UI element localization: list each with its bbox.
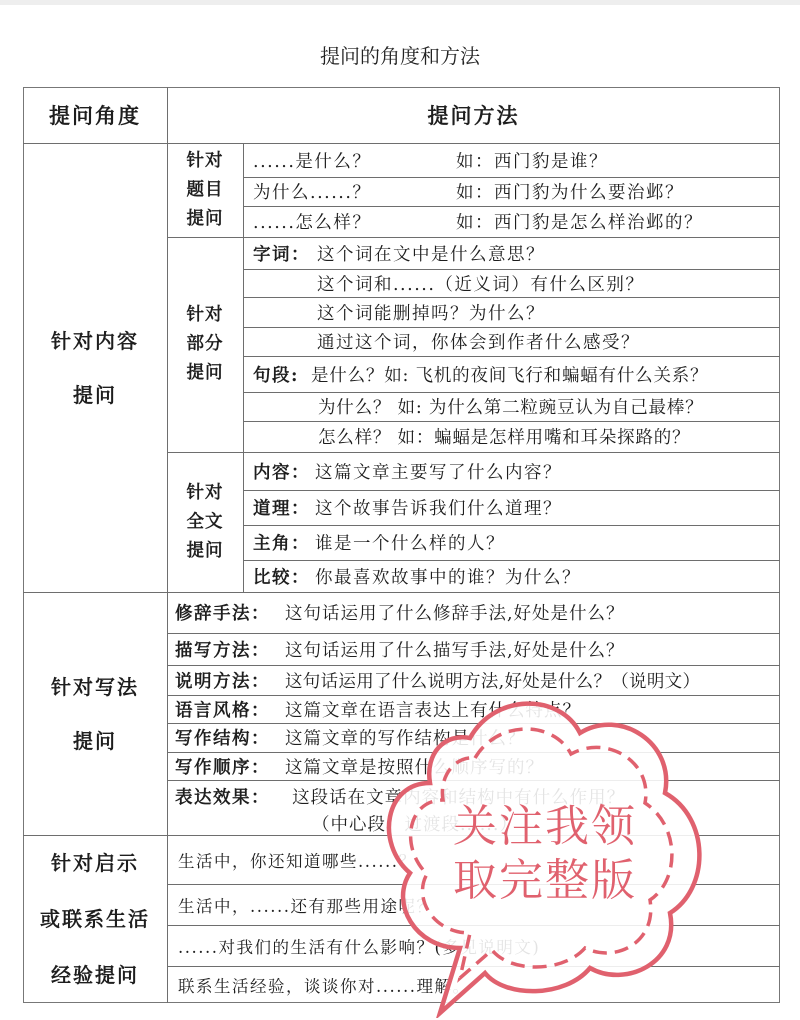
example-text: 如：西门豹是怎么样治邺的？ — [456, 209, 703, 234]
question-text: ......是什么？ — [253, 148, 456, 173]
whole-row: 道理： 这个故事告诉我们什么道理？ — [253, 490, 773, 525]
word-row: 这个词和......（近义词）有什么区别？ — [317, 269, 777, 297]
page-title: 提问的角度和方法 — [0, 40, 800, 69]
life-row: 联系生活经验，谈谈你对......理解。 — [178, 966, 773, 1003]
life-row: ......对我们的生活有什么影响？(多见说明文) — [178, 925, 773, 966]
question-text: 这句话运用了什么修辞手法,好处是什么？ — [285, 600, 625, 625]
question-text: 谁是一个什么样的人？ — [315, 530, 505, 555]
category-life: 针对启示 或联系生活 经验提问 — [23, 835, 167, 1003]
row-label: 描写方法： — [175, 637, 285, 662]
watermark-line: 取完整版 — [445, 854, 645, 908]
question-text: 怎么样？ 如：蝙蝠是怎样用嘴和耳朵探路的？ — [318, 424, 690, 449]
question-text: 这篇文章在语言表达上有什么特点？ — [285, 697, 581, 722]
whole-row: 内容： 这篇文章主要写了什么内容？ — [253, 452, 773, 490]
example-text: 如：西门豹是谁？ — [456, 148, 608, 173]
question-text: 这个故事告诉我们什么道理？ — [315, 495, 562, 520]
sentence-row: 句段: 是什么？如: 飞机的夜间飞行和蝙蝠有什么关系？ — [253, 356, 778, 392]
sentence-label: 句段: — [253, 362, 311, 387]
example-text: 如：西门豹为什么要治邺？ — [456, 179, 684, 204]
row-label: 语言风格： — [175, 697, 285, 722]
category-line: 提问 — [51, 714, 139, 768]
question-text: 这篇文章是按照什么顺序写的？ — [285, 754, 544, 779]
question-text: 你最喜欢故事中的谁？为什么？ — [315, 564, 581, 589]
title-row: ......怎么样？ 如：西门豹是怎么样治邺的？ — [253, 206, 773, 237]
writing-row: 描写方法： 这句话运用了什么描写手法,好处是什么？ — [175, 633, 775, 665]
title-row: ......是什么？ 如：西门豹是谁？ — [253, 143, 773, 177]
subgroup-line: 全文 — [187, 508, 224, 537]
question-text: 联系生活经验，谈谈你对......理解。 — [178, 973, 470, 997]
row-label: 说明方法： — [175, 668, 285, 693]
category-line: 针对写法 — [51, 660, 139, 714]
question-text: 这个词在文中是什么意思？ — [317, 241, 545, 266]
question-text: 生活中，......还有那些用途呢？ — [178, 893, 434, 917]
question-text: 这个词和......（近义词）有什么区别？ — [317, 271, 644, 296]
question-text: 这个词能删掉吗？为什么？ — [317, 300, 545, 325]
word-row: 通过这个词，你体会到作者什么感受？ — [317, 327, 777, 356]
row-label: 写作结构： — [175, 725, 285, 750]
question-text: 这篇文章主要写了什么内容？ — [315, 459, 562, 484]
question-text: 是什么？如: 飞机的夜间飞行和蝙蝠有什么关系？ — [311, 362, 708, 387]
whole-row: 主角： 谁是一个什么样的人？ — [253, 525, 773, 560]
header-method: 提问方法 — [167, 87, 780, 143]
row-label: 修辞手法： — [175, 600, 285, 625]
row-label: 道理： — [253, 495, 315, 520]
subgroup-line: 题目 — [187, 176, 224, 205]
question-text: ......对我们的生活有什么影响？(多见说明文) — [178, 934, 540, 958]
category-line: 针对启示 — [40, 835, 150, 891]
subgroup-whole: 针对 全文 提问 — [167, 452, 243, 592]
row-label: 主角： — [253, 530, 315, 555]
watermark-line: 关注我领 — [445, 800, 645, 854]
header-angle: 提问角度 — [23, 87, 167, 143]
question-text: 为什么......？ — [253, 179, 456, 204]
row-label: 写作顺序： — [175, 754, 285, 779]
word-row: 这个词能删掉吗？为什么？ — [317, 297, 777, 327]
subgroup-line: 提问 — [187, 537, 224, 566]
word-row: 字词： 这个词在文中是什么意思？ — [253, 237, 773, 269]
writing-row: 写作顺序： 这篇文章是按照什么顺序写的？ — [175, 752, 775, 780]
subgroup-title: 针对 题目 提问 — [167, 143, 243, 237]
subgroup-line: 针对 — [187, 301, 224, 330]
row-label: 内容： — [253, 459, 315, 484]
question-text: 生活中，你还知道哪些......？ — [178, 848, 416, 872]
title-row: 为什么......？ 如：西门豹为什么要治邺？ — [253, 177, 773, 206]
category-content: 针对内容 提问 — [23, 143, 167, 592]
question-text: 为什么？ 如: 为什么第二粒豌豆认为自己最棒？ — [318, 394, 703, 419]
subgroup-line: 提问 — [187, 205, 224, 234]
category-writing: 针对写法 提问 — [23, 592, 167, 835]
writing-row: 说明方法： 这句话运用了什么说明方法,好处是什么？（说明文） — [175, 665, 780, 695]
sentence-row: 怎么样？ 如：蝙蝠是怎样用嘴和耳朵探路的？ — [318, 421, 778, 452]
subgroup-line: 针对 — [187, 147, 224, 176]
top-bar — [0, 0, 800, 5]
question-text: 这篇文章的写作结构是什么？ — [285, 725, 526, 750]
question-text: 这句话运用了什么说明方法,好处是什么？（说明文） — [285, 668, 700, 693]
subgroup-line: 部分 — [187, 330, 224, 359]
category-line: 经验提问 — [40, 947, 150, 1003]
whole-row: 比较： 你最喜欢故事中的谁？为什么？ — [253, 560, 773, 592]
writing-row: 写作结构： 这篇文章的写作结构是什么？ — [175, 723, 775, 752]
question-text: 通过这个词，你体会到作者什么感受？ — [317, 329, 640, 354]
category-line: 或联系生活 — [40, 891, 150, 947]
writing-row: 修辞手法： 这句话运用了什么修辞手法,好处是什么？ — [175, 592, 775, 633]
subgroup-line: 提问 — [187, 359, 224, 388]
question-text: 这句话运用了什么描写手法,好处是什么？ — [285, 637, 625, 662]
question-text: ......怎么样？ — [253, 209, 456, 234]
subgroup-line: 针对 — [187, 479, 224, 508]
row-label: 表达效果： — [175, 784, 285, 809]
sentence-row: 为什么？ 如: 为什么第二粒豌豆认为自己最棒？ — [318, 392, 778, 421]
watermark-text: 关注我领 取完整版 — [445, 800, 645, 908]
category-line: 提问 — [51, 368, 139, 422]
row-label: 比较： — [253, 564, 315, 589]
subgroup-part: 针对 部分 提问 — [167, 237, 243, 452]
word-label: 字词： — [253, 241, 317, 266]
writing-row: 语言风格： 这篇文章在语言表达上有什么特点？ — [175, 695, 775, 723]
category-line: 针对内容 — [51, 314, 139, 368]
